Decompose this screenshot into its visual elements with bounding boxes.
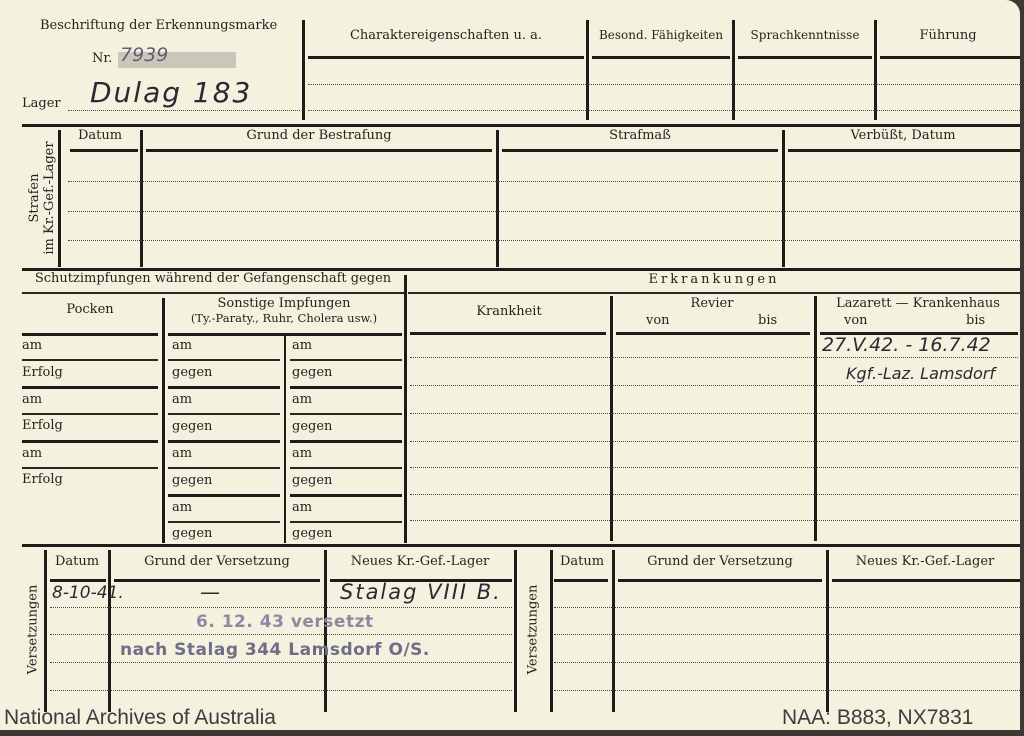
- col-abilities: Besond. Fähigkeiten: [590, 28, 732, 42]
- vacc-b-row: am: [292, 338, 312, 353]
- vacc-a-row: gegen: [172, 365, 212, 380]
- punishments-side-label: Strafen im Kr.-Gef.-Lager: [27, 128, 57, 268]
- vacc-a-row: am: [172, 500, 192, 515]
- pocken-row: Erfolg: [22, 365, 63, 380]
- col-reason: Grund der Bestrafung: [144, 128, 494, 143]
- transfer-date: 8-10-41.: [52, 583, 124, 603]
- revier-bis: bis: [758, 313, 777, 328]
- vacc-a-row: am: [172, 392, 192, 407]
- col-illness: Krankheit: [410, 304, 608, 319]
- pocken-row: am: [22, 392, 42, 407]
- col-languages: Sprachkenntnisse: [736, 28, 874, 42]
- tag-inscription-label: Beschriftung der Erkennungsmarke: [40, 18, 277, 33]
- pocken-row: Erfolg: [22, 472, 63, 487]
- nr-value: 7939: [120, 44, 168, 66]
- vacc-a-row: gegen: [172, 473, 212, 488]
- col-datum: Datum: [62, 128, 138, 143]
- transfer-stamp-line2: nach Stalag 344 Lamsdorf O/S.: [120, 640, 430, 660]
- vacc-a-row: am: [172, 446, 192, 461]
- col-served: Verbüßt, Datum: [786, 128, 1020, 143]
- vacc-b-row: gegen: [292, 419, 332, 434]
- lazarett-entry-place: Kgf.-Laz. Lamsdorf: [846, 364, 995, 383]
- lager-label: Lager: [22, 96, 61, 111]
- transfer-col-datum: Datum: [48, 554, 106, 569]
- vacc-b-row: am: [292, 392, 312, 407]
- lazarett-bis: bis: [966, 313, 985, 328]
- pocken-label: Pocken: [22, 302, 158, 317]
- transfer-col-camp: Neues Kr.-Gef.-Lager: [328, 554, 512, 569]
- transfer-col-reason-2: Grund der Versetzung: [616, 554, 824, 569]
- pocken-row: am: [22, 338, 42, 353]
- vacc-a-row: gegen: [172, 526, 212, 541]
- col-lazarett: Lazarett — Krankenhaus: [818, 296, 1018, 311]
- vacc-b-row: gegen: [292, 365, 332, 380]
- nr-label: Nr.: [92, 51, 112, 66]
- transfer-col-reason: Grund der Versetzung: [112, 554, 322, 569]
- vacc-b-row: am: [292, 446, 312, 461]
- col-conduct: Führung: [878, 28, 1018, 43]
- transfer-col-datum-2: Datum: [554, 554, 610, 569]
- vacc-a-row: am: [172, 338, 192, 353]
- pocken-row: am: [22, 446, 42, 461]
- lazarett-von: von: [844, 313, 868, 328]
- transfers-side-label-left: Versetzungen: [26, 575, 41, 685]
- revier-von: von: [646, 313, 670, 328]
- col-character: Charaktereigenschaften u. a.: [306, 28, 586, 43]
- vacc-b-row: am: [292, 500, 312, 515]
- other-vacc-label: Sonstige Impfungen (Ty.-Paraty., Ruhr, C…: [164, 296, 404, 326]
- archive-watermark: National Archives of Australia: [4, 706, 276, 730]
- lager-value: Dulag 183: [90, 76, 252, 109]
- pocken-row: Erfolg: [22, 418, 63, 433]
- transfer-col-camp-2: Neues Kr.-Gef.-Lager: [830, 554, 1020, 569]
- illnesses-title: Erkrankungen: [408, 272, 1020, 287]
- transfers-side-label-right: Versetzungen: [526, 575, 541, 685]
- archive-reference: NAA: B883, NX7831: [782, 706, 973, 730]
- vaccinations-title: Schutzimpfungen während der Gefangenscha…: [22, 271, 404, 286]
- transfer-camp: Stalag VIII B.: [340, 580, 502, 604]
- pow-record-card: Beschriftung der Erkennungsmarke Nr. 793…: [0, 0, 1020, 730]
- transfer-reason: —: [200, 580, 220, 604]
- vacc-a-row: gegen: [172, 419, 212, 434]
- vacc-b-row: gegen: [292, 473, 332, 488]
- vacc-b-row: gegen: [292, 526, 332, 541]
- col-sentence: Strafmaß: [500, 128, 780, 143]
- transfer-stamp-line1: 6. 12. 43 versetzt: [196, 612, 374, 632]
- col-revier: Revier: [614, 296, 810, 311]
- lazarett-entry-dates: 27.V.42. - 16.7.42: [822, 334, 991, 356]
